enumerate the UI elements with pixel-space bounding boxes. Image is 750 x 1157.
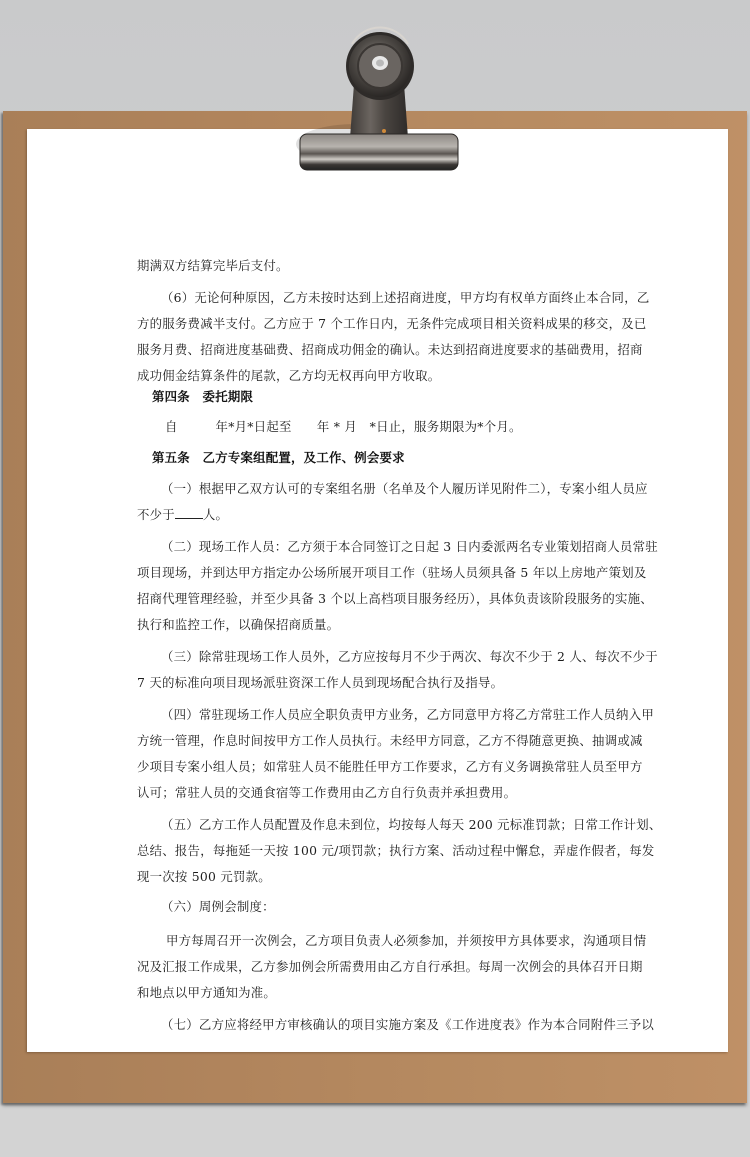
blank-prefix: 不少于 xyxy=(137,507,175,522)
text-line: 期满双方结算完毕后支付。 xyxy=(137,257,615,275)
paragraph-line: 7 天的标准向项目现场派驻资深工作人员到现场配合执行及指导。 xyxy=(137,674,615,692)
paragraph-line: 执行和监控工作，以确保招商质量。 xyxy=(137,616,615,634)
paragraph-line: 少项目专案小组人员；如常驻人员不能胜任甲方工作要求，乙方有义务调换常驻人员至甲方 xyxy=(137,758,615,776)
paragraph-line: 服务月费、招商进度基础费、招商成功佣金的确认。未达到招商进度要求的基础费用，招商 xyxy=(137,341,615,359)
paragraph-line: 成功佣金结算条件的尾款，乙方均无权再向甲方收取。 xyxy=(137,367,615,385)
paragraph-line: （四）常驻现场工作人员应全职负责甲方业务，乙方同意甲方将乙方常驻工作人员纳入甲 xyxy=(161,706,639,724)
paragraph-line: 况及汇报工作成果，乙方参加例会所需费用由乙方自行承担。每周一次例会的具体召开日期 xyxy=(137,958,615,976)
paragraph-line: （二）现场工作人员：乙方须于本合同签订之日起 3 日内委派两名专业策划招商人员常… xyxy=(161,538,639,556)
paragraph-line: 方的服务费减半支付。乙方应于 7 个工作日内，无条件完成项目相关资料成果的移交，… xyxy=(137,315,615,333)
paragraph-line: （五）乙方工作人员配置及作息未到位，均按每人每天 200 元标准罚款；日常工作计… xyxy=(161,816,639,834)
paragraph-line: （一）根据甲乙双方认可的专案组名册（名单及个人履历详见附件二），专案小组人员应 xyxy=(161,480,639,498)
paragraph-line: 现一次按 500 元罚款。 xyxy=(137,868,615,886)
paragraph-line: （6）无论何种原因，乙方未按时达到上述招商进度，甲方均有权单方面终止本合同，乙 xyxy=(161,289,639,307)
paragraph-line: 方统一管理，作息时间按甲方工作人员执行。未经甲方同意，乙方不得随意更换、抽调或减 xyxy=(137,732,615,750)
paragraph-line: （三）除常驻现场工作人员外，乙方应按每月不少于两次、每次不少于 2 人、每次不少… xyxy=(161,648,639,666)
paragraph-line: 和地点以甲方通知为准。 xyxy=(137,984,615,1002)
paragraph-line-blank: 不少于人。 xyxy=(137,506,615,524)
term-line: 自 年*月*日起至 年 * 月 *日止，服务期限为*个月。 xyxy=(165,418,643,436)
blank-suffix: 人。 xyxy=(203,507,228,522)
section-heading: 第五条 乙方专案组配置，及工作、例会要求 xyxy=(152,449,630,467)
paragraph-line: （七）乙方应将经甲方审核确认的项目实施方案及《工作进度表》作为本合同附件三予以 xyxy=(161,1016,639,1034)
paragraph-line: 认可；常驻人员的交通食宿等工作费用由乙方自行负责并承担费用。 xyxy=(137,784,615,802)
fill-blank xyxy=(175,506,203,519)
paragraph-line: 总结、报告，每拖延一天按 100 元/项罚款；执行方案、活动过程中懈怠，弄虚作假… xyxy=(137,842,615,860)
binder-clip-icon xyxy=(296,26,462,172)
section-heading: 第四条 委托期限 xyxy=(152,388,630,406)
paragraph-line: 项目现场，并到达甲方指定办公场所展开项目工作（驻场人员须具备 5 年以上房地产策… xyxy=(137,564,615,582)
paragraph-line: 招商代理管理经验，并至少具备 3 个以上高档项目服务经历），具体负责该阶段服务的… xyxy=(137,590,615,608)
paragraph-line: （六）周例会制度： xyxy=(161,898,639,916)
paragraph-line: 甲方每周召开一次例会，乙方项目负责人必须参加，并须按甲方具体要求，沟通项目情 xyxy=(166,932,644,950)
